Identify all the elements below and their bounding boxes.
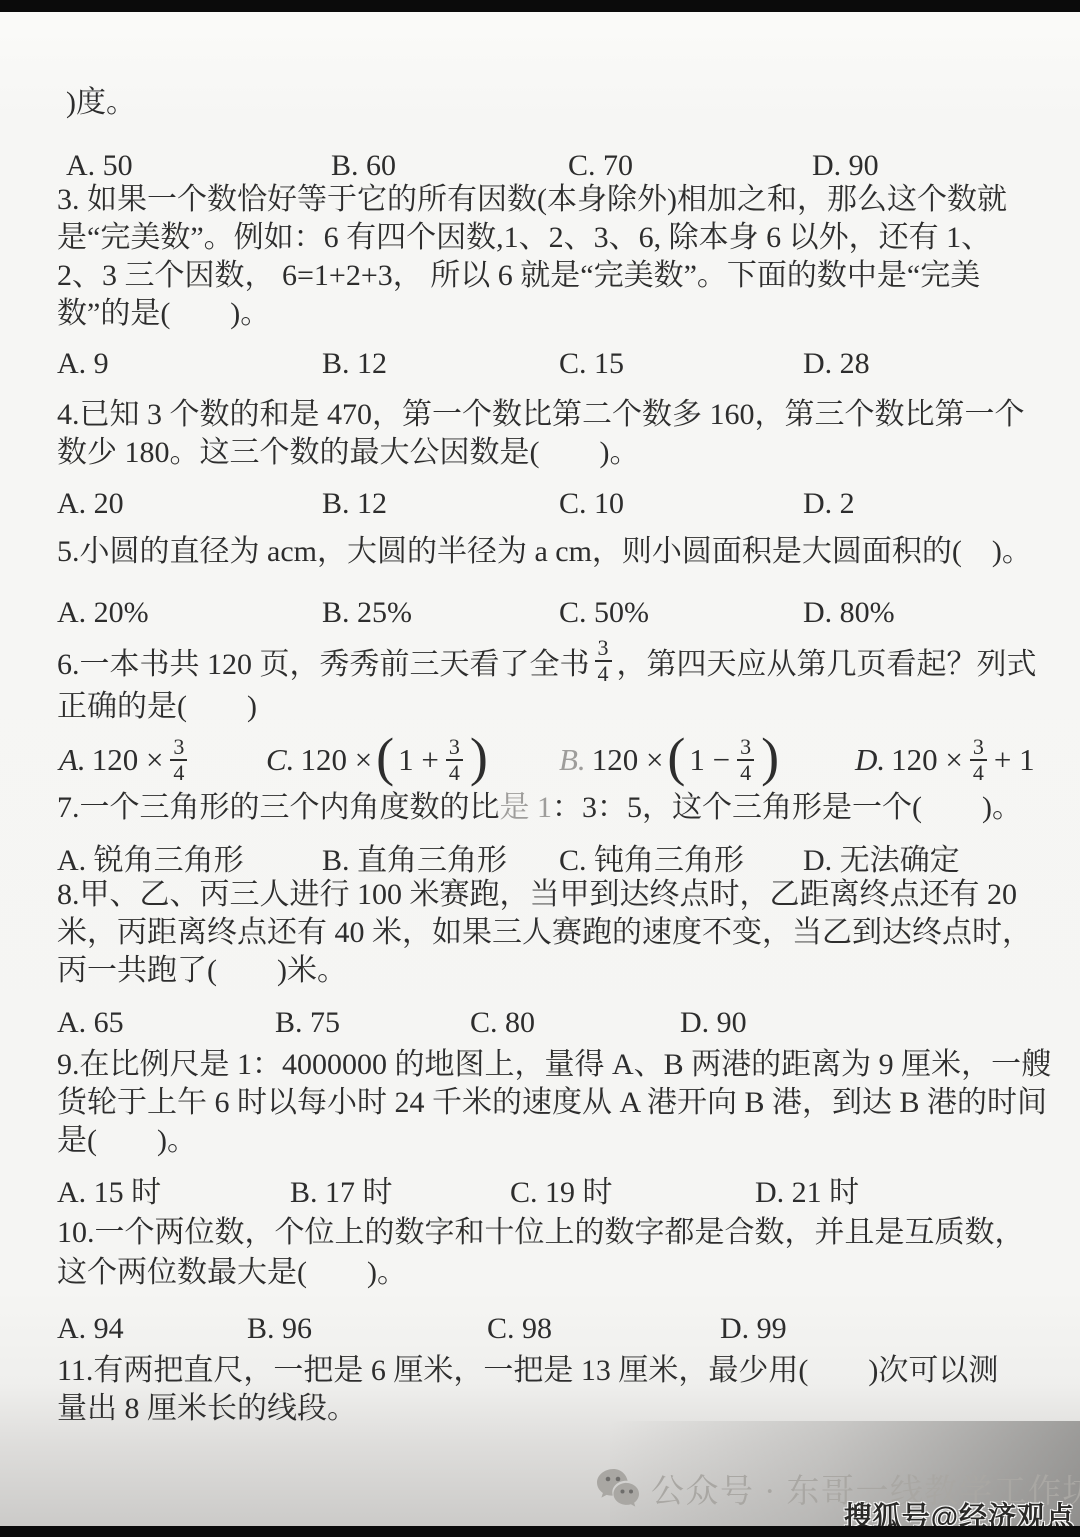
question-7: 7.一个三角形的三个内角度数的比是 1：3：5，这个三角形是一个( )。: [57, 789, 1037, 827]
option-d: D. 28: [803, 344, 1037, 384]
option-a: A. 65: [57, 1003, 275, 1043]
option-d: D. 90: [680, 1003, 1037, 1043]
formula-text: 120 ×: [92, 742, 164, 778]
question-line: 2、3 三个因数， 6=1+2+3， 所以 6 就是“完美数”。下面的数中是“完…: [57, 257, 1037, 295]
formula-text: 1 −: [689, 742, 730, 778]
question-line: 数”的是( )。: [57, 295, 1037, 333]
option-c: C. 19 时: [510, 1173, 755, 1213]
fraction-denominator: 4: [170, 759, 187, 785]
q9-options-row: A. 15 时 B. 17 时 C. 19 时 D. 21 时: [57, 1173, 1037, 1213]
question-text: 6.一本书共 120 页，秀秀前三天看了全书: [57, 639, 590, 683]
option-c: C. 80: [470, 1003, 680, 1043]
question-text: ，第四天应从第几页看起？列式: [617, 639, 1037, 683]
option-c: C. 15: [559, 344, 803, 384]
option-a: A. 20: [57, 484, 322, 524]
option-a: A. 9: [57, 344, 322, 384]
q6-options-row: A. 120 × 3 4 C. 120 × ( 1 + 3 4 ) B. 120…: [0, 728, 1080, 792]
fraction-numerator: 3: [170, 735, 187, 759]
left-paren: (: [376, 730, 394, 784]
option-d: D. 2: [803, 484, 1037, 524]
question-line: 11.有两把直尺，一把是 6 厘米，一把是 13 厘米，最少用( )次可以测: [57, 1352, 1037, 1390]
top-black-bar: [0, 0, 1080, 12]
option-d: D. 99: [720, 1309, 1037, 1349]
q4-options-row: A. 20 B. 12 C. 10 D. 2: [57, 484, 1037, 524]
question-4: 4.已知 3 个数的和是 470，第一个数比第二个数多 160，第三个数比第一个…: [57, 396, 1037, 472]
question-line: 是“完美数”。例如：6 有四个因数,1、2、3、6, 除本身 6 以外，还有 1…: [57, 219, 1037, 257]
option-d: D. 无法确定: [803, 841, 1037, 881]
option-a: A. 锐角三角形: [57, 841, 322, 881]
option-b: B. 96: [247, 1309, 487, 1349]
option-b: B. 25%: [322, 593, 559, 633]
formula-text: 120 ×: [592, 742, 664, 778]
formula-text: + 1: [994, 742, 1035, 778]
question-6-line-2: 正确的是( ): [57, 688, 1037, 726]
q8-options-row: A. 65 B. 75 C. 80 D. 90: [57, 1003, 1037, 1043]
fraction-denominator: 4: [970, 759, 987, 785]
fraction-three-quarters: 3 4: [595, 636, 612, 686]
question-9: 9.在比例尺是 1：4000000 的地图上，量得 A、B 两港的距离为 9 厘…: [57, 1046, 1037, 1160]
option-label: D.: [855, 742, 885, 778]
option-b: B. 12: [322, 484, 559, 524]
option-b: B. 17 时: [290, 1173, 510, 1213]
question-5: 5.小圆的直径为 acm，大圆的半径为 a cm，则小圆面积是大圆面积的( )。: [57, 533, 1037, 571]
option-a: A. 15 时: [57, 1173, 290, 1213]
option-label: C.: [266, 742, 294, 778]
option-c: C. 10: [559, 484, 803, 524]
option-d: D. 21 时: [755, 1173, 1037, 1213]
right-paren: ): [470, 730, 488, 784]
question-8: 8.甲、乙、丙三人进行 100 米赛跑，当甲到达终点时，乙距离终点还有 20 米…: [57, 876, 1037, 990]
fraction-numerator: 3: [737, 735, 754, 759]
q3-options-row: A. 9 B. 12 C. 15 D. 28: [57, 344, 1037, 384]
wechat-icon: [596, 1468, 642, 1508]
right-paren: ): [761, 730, 779, 784]
question-text: 7.一个三角形的三个内角度数的比: [57, 791, 500, 824]
option-b-formula: B. 120 × ( 1 − 3 4 ): [559, 728, 781, 792]
option-a-formula: A. 120 × 3 4: [59, 728, 192, 792]
question-6-line-1: 6.一本书共 120 页，秀秀前三天看了全书 3 4 ，第四天应从第几页看起？列…: [57, 634, 1037, 688]
question-3: 3. 如果一个数恰好等于它的所有因数(本身除外)相加之和，那么这个数就 是“完美…: [57, 181, 1037, 333]
question-line: 这个两位数最大是( )。: [57, 1253, 1037, 1293]
question-line: 米，丙距离终点还有 40 米，如果三人赛跑的速度不变，当乙到达终点时，: [57, 914, 1037, 952]
question-line: 9.在比例尺是 1：4000000 的地图上，量得 A、B 两港的距离为 9 厘…: [57, 1046, 1037, 1084]
option-label: B.: [559, 742, 586, 778]
fraction-denominator: 4: [595, 660, 612, 686]
option-a: A. 94: [57, 1309, 247, 1349]
question-10: 10.一个两位数，个位上的数字和十位上的数字都是合数，并且是互质数， 这个两位数…: [57, 1213, 1037, 1293]
fraction-three-quarters: 3 4: [170, 735, 187, 785]
option-b: B. 12: [322, 344, 559, 384]
question-line: 货轮于上午 6 时以每小时 24 千米的速度从 A 港开向 B 港，到达 B 港…: [57, 1084, 1037, 1122]
question-text-faded: 是 1: [500, 791, 553, 824]
bottom-black-bar: [0, 1526, 1080, 1537]
question-line: 数少 180。这三个数的最大公因数是( )。: [57, 434, 1037, 472]
question-line: 10.一个两位数，个位上的数字和十位上的数字都是合数，并且是互质数，: [57, 1213, 1037, 1253]
fraction-numerator: 3: [970, 735, 987, 759]
fraction-numerator: 3: [446, 735, 463, 759]
option-c: C. 50%: [559, 593, 803, 633]
left-paren: (: [667, 730, 685, 784]
option-b: B. 60: [331, 146, 568, 186]
q7-options-row: A. 锐角三角形 B. 直角三角形 C. 钝角三角形 D. 无法确定: [57, 841, 1037, 881]
option-b: B. 75: [275, 1003, 470, 1043]
question-11: 11.有两把直尺，一把是 6 厘米，一把是 13 厘米，最少用( )次可以测 量…: [57, 1352, 1037, 1428]
option-b: B. 直角三角形: [322, 841, 559, 881]
option-label: A.: [59, 742, 86, 778]
option-a: A. 20%: [57, 593, 322, 633]
option-c: C. 70: [568, 146, 812, 186]
q2-options-row: A. 50 B. 60 C. 70 D. 90: [66, 146, 1046, 186]
option-a: A. 50: [66, 146, 331, 186]
question-line: 是( )。: [57, 1122, 1037, 1160]
question-line: 8.甲、乙、丙三人进行 100 米赛跑，当甲到达终点时，乙距离终点还有 20: [57, 876, 1037, 914]
exam-page: )度。 A. 50 B. 60 C. 70 D. 90 3. 如果一个数恰好等于…: [0, 0, 1080, 1537]
question-line: 3. 如果一个数恰好等于它的所有因数(本身除外)相加之和，那么这个数就: [57, 181, 1037, 219]
fraction-numerator: 3: [595, 636, 612, 660]
question-text: ：3：5，这个三角形是一个( )。: [552, 791, 1022, 824]
question-2-tail: )度。: [66, 84, 1046, 122]
option-c: C. 98: [487, 1309, 720, 1349]
fraction-three-quarters: 3 4: [737, 735, 754, 785]
fraction-three-quarters: 3 4: [970, 735, 987, 785]
formula-text: 1 +: [398, 742, 439, 778]
option-c-formula: C. 120 × ( 1 + 3 4 ): [266, 728, 490, 792]
fraction-denominator: 4: [446, 759, 463, 785]
formula-text: 120 ×: [300, 742, 372, 778]
question-line: 丙一共跑了( )米。: [57, 952, 1037, 990]
question-line: 量出 8 厘米长的线段。: [57, 1390, 1037, 1428]
q5-options-row: A. 20% B. 25% C. 50% D. 80%: [57, 593, 1037, 633]
fraction-three-quarters: 3 4: [446, 735, 463, 785]
option-d-formula: D. 120 × 3 4 + 1: [855, 728, 1037, 792]
option-d: D. 80%: [803, 593, 1037, 633]
option-c: C. 钝角三角形: [559, 841, 803, 881]
option-d: D. 90: [812, 146, 1046, 186]
formula-text: 120 ×: [891, 742, 963, 778]
fraction-denominator: 4: [737, 759, 754, 785]
question-line: 4.已知 3 个数的和是 470，第一个数比第二个数多 160，第三个数比第一个: [57, 396, 1037, 434]
q10-options-row: A. 94 B. 96 C. 98 D. 99: [57, 1309, 1037, 1349]
